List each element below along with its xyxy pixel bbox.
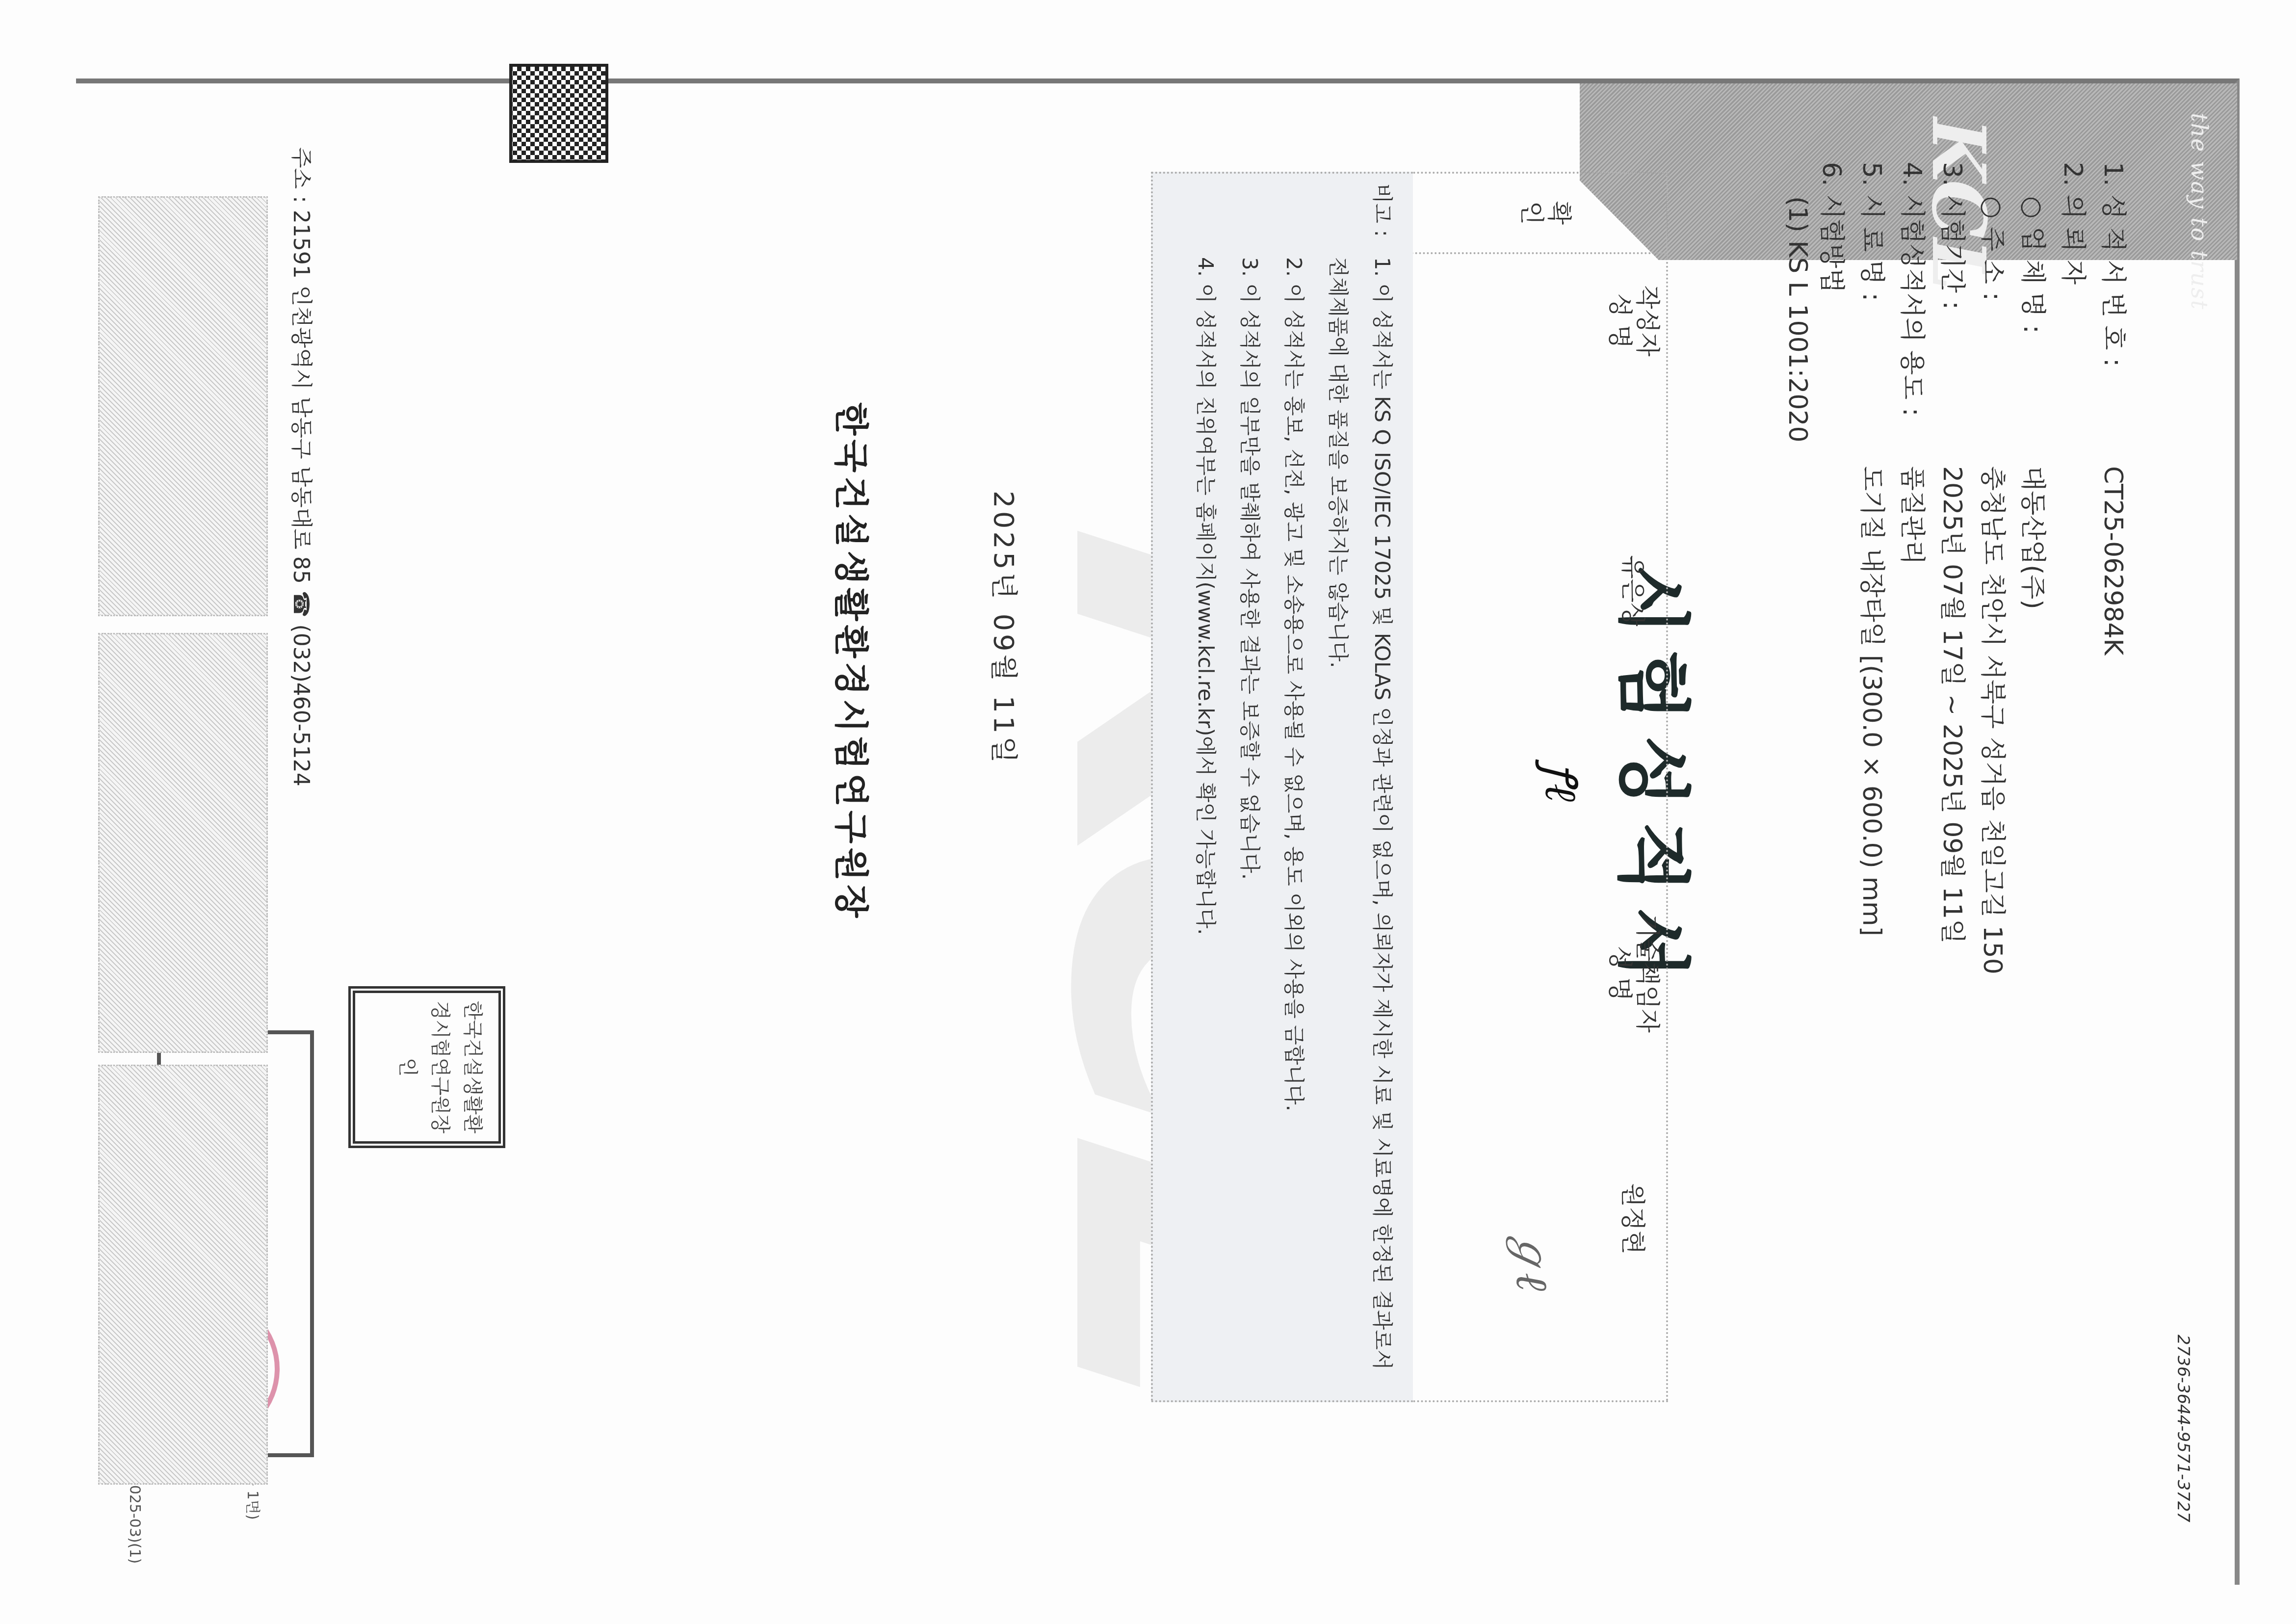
official-seal: 한국건설생활환경시험연구원장인 bbox=[348, 986, 505, 1148]
note-item: 1. 이 성적서는 KS Q ISO/IEC 17025 및 KOLAS 인정과… bbox=[1369, 257, 1398, 1370]
scan-noise-panel bbox=[98, 633, 268, 1053]
author-signature: ꝭℓ bbox=[1533, 762, 1592, 802]
field-row: ○ 업 체 명 :대동산업(주) bbox=[2017, 196, 2054, 609]
notes-prefix: 비고 : bbox=[1369, 183, 1398, 237]
field-label: 3. 시험기간 : bbox=[1936, 162, 1973, 466]
approver-name: 원정현 bbox=[1619, 1155, 1646, 1283]
contact-address: 주소 : 21591 인천광역시 남동구 남동대로 85 ☎ (032)460-… bbox=[287, 147, 319, 786]
field-label: 6. 시험방법 bbox=[1816, 162, 1852, 466]
field-label: 1. 성 적 서 번 호 : bbox=[2097, 162, 2134, 466]
seal-text: 한국건설생활환경시험연구원장인 bbox=[396, 1001, 484, 1133]
signature-table: 확인 작성자 성 명 유은상 ꝭℓ 기술책임자 성 명 원정현 ℊℓ bbox=[1409, 172, 1668, 1402]
scan-noise-panel bbox=[98, 196, 268, 616]
field-label: 2. 의 뢰 자 bbox=[2057, 162, 2094, 466]
note-item: 전체제품에 대한 품질을 보증하지는 않습니다. bbox=[1325, 257, 1354, 668]
field-row: 3. 시험기간 :2025년 07월 17일 ~ 2025년 09월 11일 bbox=[1936, 162, 1973, 943]
field-value: 대동산업(주) bbox=[2018, 466, 2047, 609]
notes-block: 비고 : 1. 이 성적서는 KS Q ISO/IEC 17025 및 KOLA… bbox=[1151, 172, 1413, 1402]
field-row: 4. 시험성적서의 용도 :품질관리 bbox=[1896, 162, 1933, 565]
brand-tagline: the way to trust bbox=[2186, 113, 2213, 310]
confirm-label: 확인 bbox=[1518, 193, 1573, 233]
field-label: ○ 업 체 명 : bbox=[2017, 196, 2054, 466]
qr-code-icon bbox=[509, 64, 608, 163]
issue-date: 2025년 09월 11일 bbox=[986, 491, 1025, 766]
field-row: 5. 시 료 명 :도기질 내장타일 [(300.0 × 600.0) mm] bbox=[1856, 162, 1893, 936]
note-item: 4. 이 성적서의 진위여부는 홈페이지(www.kcl.re.kr)에서 확인… bbox=[1192, 257, 1222, 935]
field-value: 2025년 07월 17일 ~ 2025년 09월 11일 bbox=[1937, 466, 1967, 943]
document-serial: 2736-3644-9571-3727 bbox=[2173, 1335, 2193, 1522]
issuing-organization: 한국건설생활환경시험연구원장 bbox=[829, 402, 878, 922]
scan-noise-panel bbox=[98, 1065, 268, 1485]
field-label: (1) KS L 1001:2020 bbox=[1783, 196, 1812, 466]
field-label: 4. 시험성적서의 용도 : bbox=[1896, 162, 1933, 466]
field-value: CT25-062984K bbox=[2098, 466, 2128, 655]
field-row: ○ 주 소 :충청남도 천안시 서북구 성거읍 천일고길 150 bbox=[1977, 196, 2013, 974]
approver-label: 기술책임자 성 명 bbox=[1606, 910, 1661, 1037]
field-label: ○ 주 소 : bbox=[1977, 196, 2013, 466]
note-item: 2. 이 성적서는 홍보, 선전, 광고 및 소송용으로 사용될 수 없으며, … bbox=[1280, 257, 1310, 1111]
field-row: (1) KS L 1001:2020 bbox=[1783, 196, 1812, 466]
confirm-cell: 확인 bbox=[1411, 174, 1666, 254]
field-value: 품질관리 bbox=[1897, 466, 1927, 565]
approver-signature: ℊℓ bbox=[1504, 1229, 1568, 1291]
note-item: 3. 이 성적서의 일부만을 발췌하여 사용한 결과는 보증할 수 없습니다. bbox=[1236, 257, 1266, 880]
field-label: 5. 시 료 명 : bbox=[1856, 162, 1893, 466]
certificate-page: the way to trust KCL KCL 시험성적서 1. 성 적 서 … bbox=[0, 0, 2296, 1624]
field-value: 충청남도 천안시 서북구 성거읍 천일고길 150 bbox=[1978, 466, 2007, 974]
field-row: 2. 의 뢰 자 bbox=[2057, 162, 2094, 466]
field-row: 1. 성 적 서 번 호 :CT25-062984K bbox=[2097, 162, 2134, 655]
field-row: 6. 시험방법 bbox=[1816, 162, 1852, 466]
author-label: 작성자 성 명 bbox=[1606, 267, 1661, 375]
author-name: 유은상 bbox=[1619, 527, 1646, 655]
field-value: 도기질 내장타일 [(300.0 × 600.0) mm] bbox=[1857, 466, 1886, 936]
